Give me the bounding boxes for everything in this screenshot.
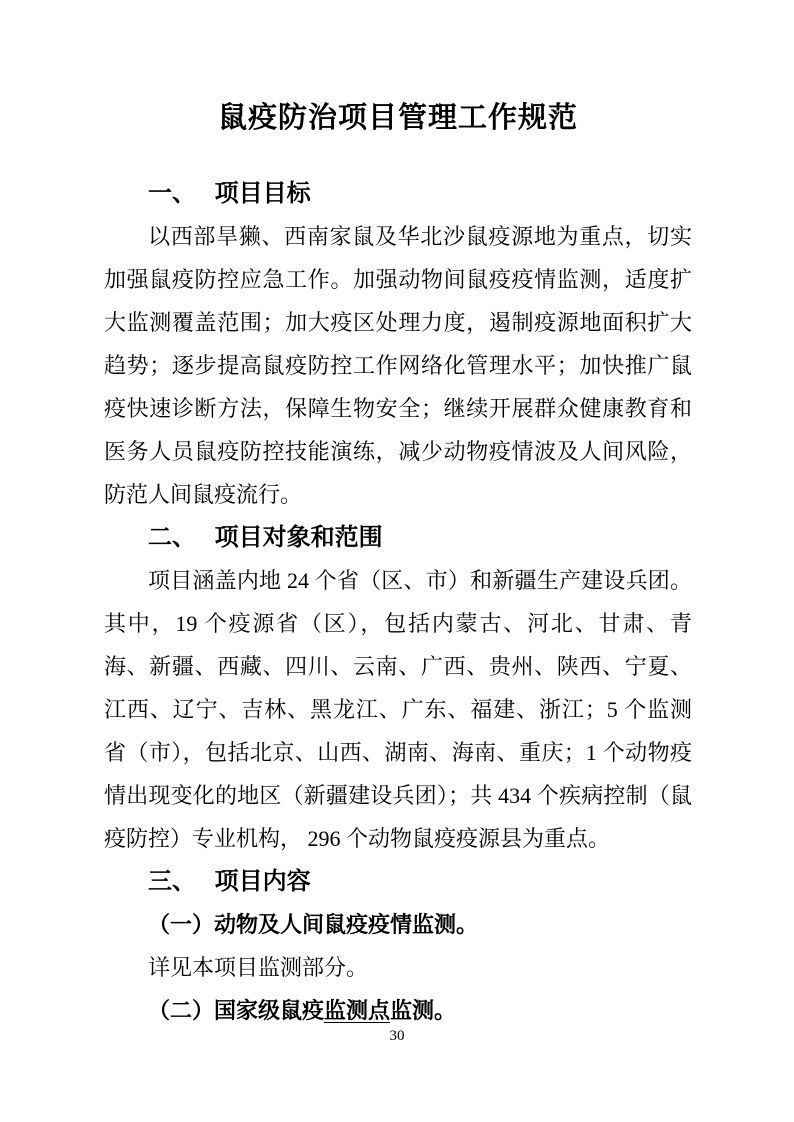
document-title: 鼠疫防治项目管理工作规范	[104, 95, 692, 141]
subsection2-heading-suffix: 监测。	[390, 998, 456, 1023]
section-project-scope: 二、 项目对象和范围 项目涵盖内地 24 个省（区、市）和新疆生产建设兵团。其中…	[104, 516, 692, 860]
section-heading-goals: 一、 项目目标	[104, 172, 692, 215]
content-area: 鼠疫防治项目管理工作规范 一、 项目目标 以西部旱獭、西南家鼠及华北沙鼠疫源地为…	[104, 95, 692, 1032]
section-project-content: 三、 项目内容 （一）动物及人间鼠疫疫情监测。 详见本项目监测部分。 （二）国家…	[104, 860, 692, 1032]
section-project-goals: 一、 项目目标 以西部旱獭、西南家鼠及华北沙鼠疫源地为重点，切实加强鼠疫防控应急…	[104, 172, 692, 516]
paragraph-monitoring-detail: 详见本项目监测部分。	[104, 946, 692, 989]
paragraph-scope: 项目涵盖内地 24 个省（区、市）和新疆生产建设兵团。其中，19 个疫源省（区）…	[104, 559, 692, 860]
paragraph-goals: 以西部旱獭、西南家鼠及华北沙鼠疫源地为重点，切实加强鼠疫防控应急工作。加强动物间…	[104, 215, 692, 516]
section-heading-scope: 二、 项目对象和范围	[104, 516, 692, 559]
document-page: 鼠疫防治项目管理工作规范 一、 项目目标 以西部旱獭、西南家鼠及华北沙鼠疫源地为…	[0, 0, 794, 1122]
subsection2-heading-underlined-text: 监测点	[324, 998, 390, 1023]
subsection2-heading-prefix: （二）国家级鼠疫	[148, 998, 324, 1023]
subsection-heading-animal-human-surveillance: （一）动物及人间鼠疫疫情监测。	[104, 903, 692, 946]
section-heading-content: 三、 项目内容	[104, 860, 692, 903]
page-number: 30	[0, 1026, 794, 1046]
